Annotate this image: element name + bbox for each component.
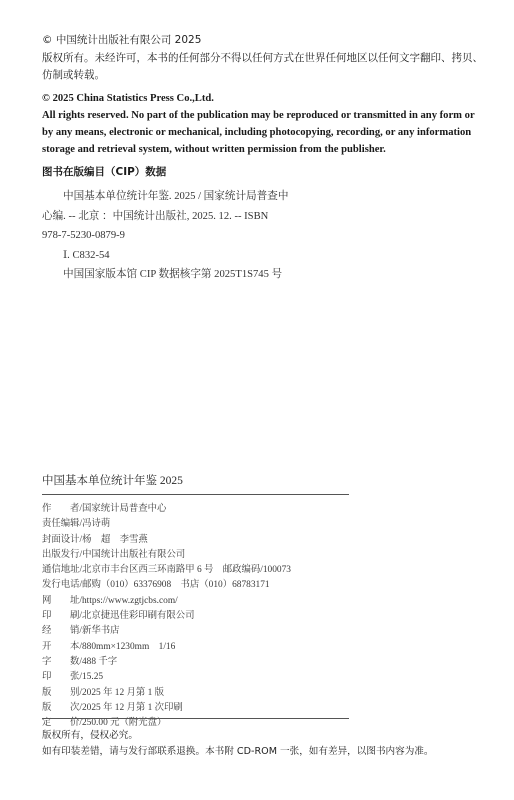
detail-website: 网址/https://www.zgtjcbs.com/ xyxy=(42,594,291,609)
copyright-en-statement-3: storage and retrieval system, without wr… xyxy=(42,141,475,158)
divider-bottom xyxy=(42,718,349,719)
detail-cover-design: 封面设计/杨 超 李雪燕 xyxy=(42,533,291,548)
detail-printing: 版次/2025 年 12 月第 1 次印刷 xyxy=(42,701,291,716)
copyright-cn-block: © 中国统计出版社有限公司 2025 版权所有。未经许可，本书的任何部分不得以任… xyxy=(42,32,483,85)
website-link[interactable]: /https://www.zgtjcbs.com/ xyxy=(79,594,177,609)
detail-address: 通信地址/北京市丰台区西三环南路甲 6 号 邮政编码/100073 xyxy=(42,563,291,578)
detail-publisher: 出版发行/中国统计出版社有限公司 xyxy=(42,548,291,563)
rights-notice: 版权所有，侵权必究。 如有印装差错，请与发行部联系退换。本书附 CD-ROM 一… xyxy=(42,728,434,759)
cip-heading: 图书在版编目（CIP）数据 xyxy=(42,164,166,179)
copyright-en-statement-2: by any means, electronic or mechanical, … xyxy=(42,124,475,141)
book-title: 中国基本单位统计年鉴 2025 xyxy=(42,472,183,488)
cip-data-block: 中国基本单位统计年鉴. 2025 / 国家统计局普查中 心编. -- 北京 ：中… xyxy=(42,187,288,285)
book-details: 作者/国家统计局普查中心 责任编辑/冯诗萌 封面设计/杨 超 李雪燕 出版发行/… xyxy=(42,502,291,731)
cip-line-record-number: 中国国家版本馆 CIP 数据核字第 2025T1S745 号 xyxy=(42,265,288,285)
detail-printer: 印刷/北京捷迅佳彩印刷有限公司 xyxy=(42,609,291,624)
copyright-en-block: © 2025 China Statistics Press Co.,Ltd. A… xyxy=(42,90,475,158)
detail-sheets: 印张/15.25 xyxy=(42,670,291,685)
detail-edition: 版别/2025 年 12 月第 1 版 xyxy=(42,686,291,701)
copyright-cn-statement: 版权所有。未经许可，本书的任何部分不得以任何方式在世界任何地区以任何文字翻印、拷… xyxy=(42,50,483,68)
misprint-return-notice: 如有印装差错，请与发行部联系退换。本书附 CD-ROM 一张，如有差异，以图书内… xyxy=(42,744,434,760)
cip-line-publisher: 心编. -- 北京 ：中国统计出版社, 2025. 12. -- ISBN xyxy=(42,207,288,227)
rights-reserved-notice: 版权所有，侵权必究。 xyxy=(42,728,434,744)
cip-line-isbn: 978-7-5230-0879-9 xyxy=(42,226,288,246)
divider-top xyxy=(42,494,349,495)
detail-word-count: 字数/488 千字 xyxy=(42,655,291,670)
cip-line-title: 中国基本单位统计年鉴. 2025 / 国家统计局普查中 xyxy=(42,187,288,207)
copyright-en-holder: © 2025 China Statistics Press Co.,Ltd. xyxy=(42,90,475,107)
detail-format: 开本/880mm×1230mm 1/16 xyxy=(42,640,291,655)
detail-distributor: 经销/新华书店 xyxy=(42,624,291,639)
detail-phone: 发行电话/邮购（010）63376908 书店（010）68783171 xyxy=(42,578,291,593)
detail-editor: 责任编辑/冯诗萌 xyxy=(42,517,291,532)
copyright-cn-statement-cont: 仿制或转载。 xyxy=(42,67,483,85)
detail-author: 作者/国家统计局普查中心 xyxy=(42,502,291,517)
copyright-cn-holder: © 中国统计出版社有限公司 2025 xyxy=(42,32,483,50)
copyright-en-statement-1: All rights reserved. No part of the publ… xyxy=(42,107,475,124)
cip-line-classification: Ⅰ. C832-54 xyxy=(42,246,288,266)
